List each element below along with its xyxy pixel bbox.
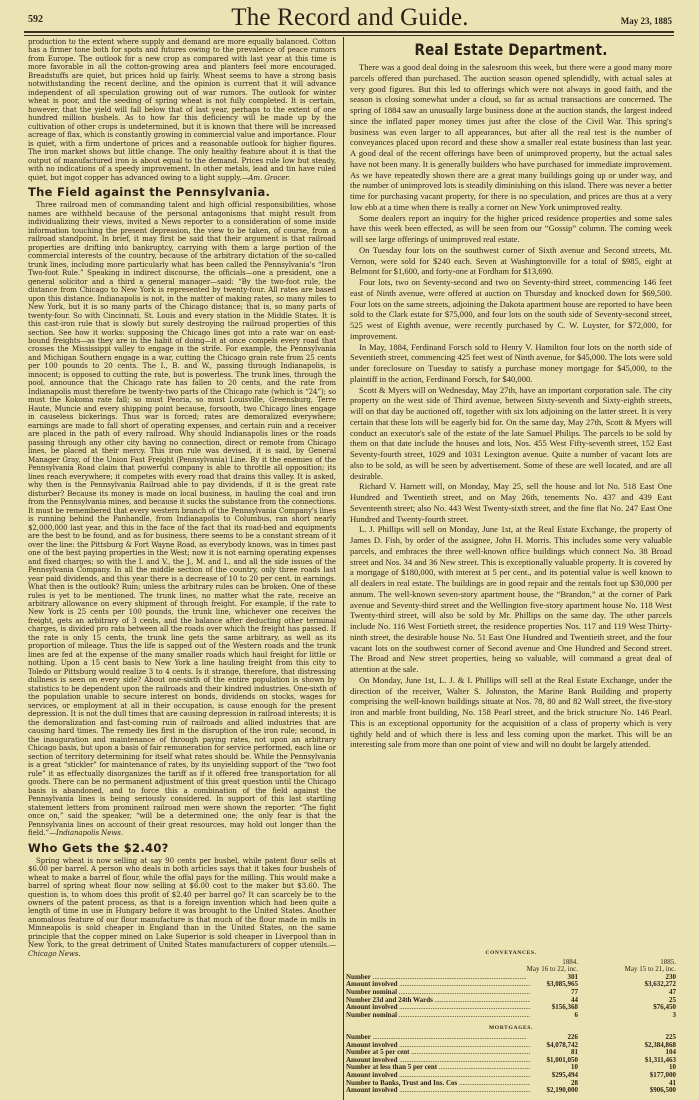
table-row: Amount involved$2,190,000$906,500 [346,1087,676,1095]
table-row: Amount involved$4,078,742$2,384,868 [346,1042,676,1050]
mortgages-table: Number226225Amount involved$4,078,742$2,… [346,1034,676,1095]
row-label: Amount involved [346,1072,530,1080]
publication-title: The Record and Guide. [28,4,672,32]
table-row: Number nominal63 [346,1012,676,1020]
article-heading-wheat: Who Gets the $2.40? [28,842,336,855]
statistics-tables: CONVEYANCES. 1884. 1885. May 16 to 22, i… [346,950,676,1095]
row-label: Amount involved [346,1057,530,1065]
value-1885: $2,384,868 [578,1042,676,1050]
table-row: Number301230 [346,974,676,982]
mortgages-caption: MORTGAGES. [346,1025,676,1033]
table-row: Amount involved$3,085,965$3,632,272 [346,981,676,989]
section-heading-real-estate: Real Estate Department. [374,40,648,60]
value-1884: 6 [530,1012,578,1020]
table-row: Number 23d and 24th Wards4425 [346,997,676,1005]
value-1885: $177,000 [578,1072,676,1080]
value-1885: 47 [578,989,676,997]
paragraph: In May, 1884, Ferdinand Forsch sold to H… [350,342,672,385]
table-row: Amount involved$1,001,050$1,311,463 [346,1057,676,1065]
paragraph: L. J. Phillips will sell on Monday, June… [350,524,672,675]
row-label: Number [346,1034,530,1042]
row-label: Number nominal [346,989,530,997]
table-row: Number nominal7747 [346,989,676,997]
value-1885: $3,632,272 [578,981,676,989]
paragraph: On Monday, June 1st, L. J. & I. Phillips… [350,675,672,750]
masthead-rule-thin [24,35,674,36]
right-column: Real Estate Department. There was a good… [350,38,672,750]
row-label: Amount involved [346,1087,530,1095]
row-label: Number at less than 5 per cent [346,1064,530,1072]
column-divider [343,37,344,1100]
table-row: Number at 5 per cent81104 [346,1049,676,1057]
value-1884: $2,190,000 [530,1087,578,1095]
row-label: Number [346,974,530,982]
left-column: production to the extent where supply an… [28,38,336,958]
paragraph: There was a good deal doing in the sales… [350,62,672,213]
article-body-wheat: Spring wheat is now selling at say 90 ce… [28,857,336,959]
masthead-rule-thick [24,31,674,33]
article-heading-pennsylvania: The Field against the Pennsylvania. [28,186,336,199]
newspaper-page: 592 The Record and Guide. May 23, 1885 p… [0,0,699,1100]
row-label: Amount involved [346,1042,530,1050]
conveyances-header-ranges: May 16 to 22, inc. May 15 to 21, inc. [346,966,676,974]
conveyances-caption: CONVEYANCES. [346,950,676,958]
paragraph: On Tuesday four lots on the southwest co… [350,245,672,277]
row-label: Number nominal [346,1012,530,1020]
article-citation-pennsylvania: —Indianapolis News. [49,828,123,837]
table-row: Number at less than 5 per cent1010 [346,1064,676,1072]
value-1884: $156,368 [530,1004,578,1012]
article-body-pennsylvania: Three railroad men of commanding talent … [28,201,336,837]
value-1885: 3 [578,1012,676,1020]
table-row: Amount involved$295,494$177,000 [346,1072,676,1080]
paragraph: Four lots, two on Seventy-second and two… [350,277,672,342]
row-label: Number 23d and 24th Wards [346,997,530,1005]
value-1885: $76,450 [578,1004,676,1012]
table-row: Amount involved$156,368$76,450 [346,1004,676,1012]
table-row: Number to Banks, Trust and Ins. Cos2841 [346,1080,676,1088]
row-label: Amount involved [346,981,530,989]
value-1885: $906,500 [578,1087,676,1095]
intro-paragraph: production to the extent where supply an… [28,38,336,182]
issue-date: May 23, 1885 [621,16,672,26]
paragraph: Richard V. Harnett will, on Monday, May … [350,481,672,524]
masthead: 592 The Record and Guide. May 23, 1885 [28,4,672,30]
value-1885: $1,311,463 [578,1057,676,1065]
row-label: Number at 5 per cent [346,1049,530,1057]
intro-citation: —Am. Grocer. [241,173,290,182]
row-label: Amount involved [346,1004,530,1012]
table-row: Number226225 [346,1034,676,1042]
row-label: Number to Banks, Trust and Ins. Cos [346,1080,530,1088]
paragraph: Scott & Myers will on Wednesday, May 27t… [350,385,672,482]
conveyances-table: Number301230Amount involved$3,085,965$3,… [346,974,676,1020]
paragraph: Some dealers report an inquiry for the h… [350,213,672,245]
